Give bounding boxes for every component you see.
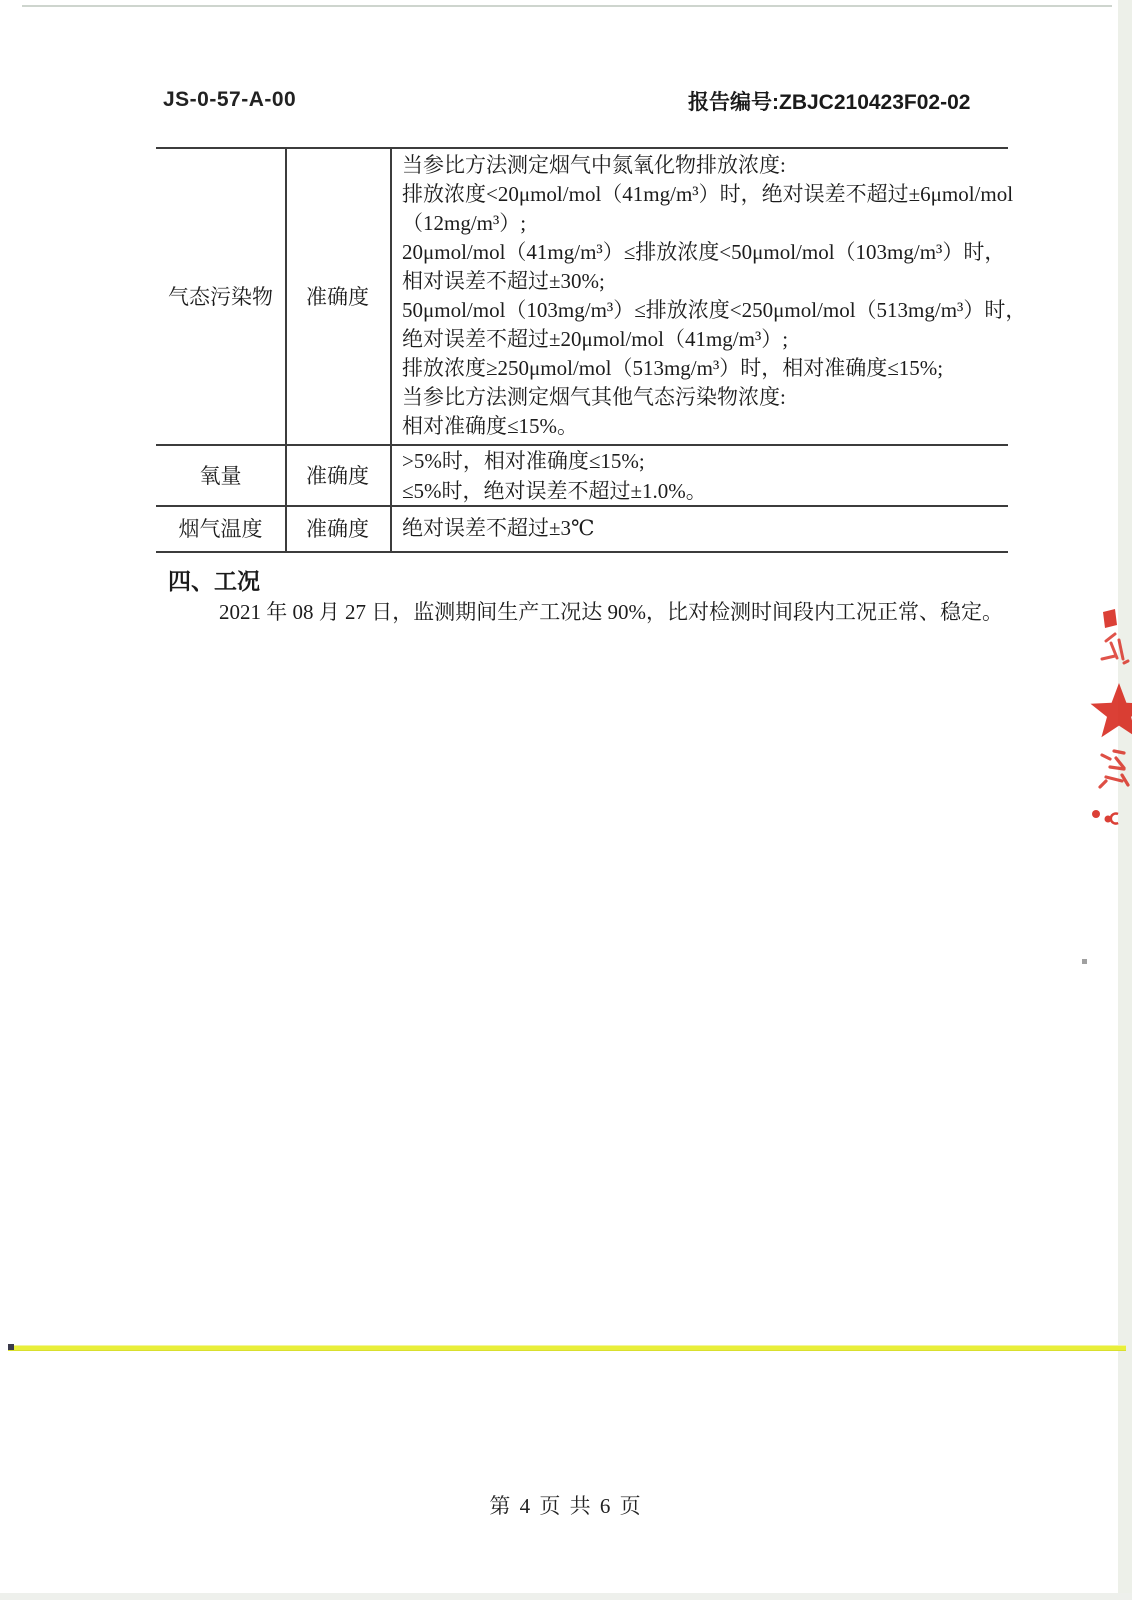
table-cell-item-name: 气态污染物 [156,147,285,444]
table-cell-metric: 准确度 [285,505,390,551]
table-cell-criteria: >5%时，相对准确度≤15%; ≤5%时，绝对误差不超过±1.0%。 [402,447,1002,506]
criteria-line: 20μmol/mol（41mg/m³）≤排放浓度<50μmol/mol（103m… [402,238,1002,267]
scanned-report-page: JS-0-57-A-00 报告编号:ZBJC210423F02-02 气态污染物… [0,0,1132,1600]
criteria-line: 相对准确度≤15%。 [402,412,1002,441]
criteria-line: 相对误差不超过±30%; [402,267,1002,296]
criteria-table: 气态污染物 准确度 当参比方法测定烟气中氮氧化物排放浓度: 排放浓度<20μmo… [156,147,1008,553]
header-doc-code: JS-0-57-A-00 [163,88,296,112]
criteria-line: >5%时，相对准确度≤15%; [402,447,1002,477]
table-cell-item-name: 氧量 [156,444,285,505]
table-cell-metric: 准确度 [285,444,390,505]
yellow-line-end-mark [8,1344,14,1350]
table-cell-criteria: 当参比方法测定烟气中氮氧化物排放浓度: 排放浓度<20μmol/mol（41mg… [402,151,1002,441]
section-title: 四、工况 [168,563,260,596]
criteria-line: 当参比方法测定烟气中氮氧化物排放浓度: [402,151,1002,180]
criteria-line: 50μmol/mol（103mg/m³）≤排放浓度<250μmol/mol（51… [402,296,1002,325]
section-paragraph: 2021 年 08 月 27 日，监测期间生产工况达 90%，比对检测时间段内工… [219,597,1009,627]
official-seal-stamp-icon [1086,583,1132,828]
yellow-highlight-line [8,1345,1126,1351]
page-footer: 第 4 页 共 6 页 [0,1490,1132,1520]
table-column-divider [390,147,392,553]
scan-edge-bottom-strip [0,1593,1132,1600]
criteria-line: 绝对误差不超过±20μmol/mol（41mg/m³）; [402,325,1002,354]
criteria-line: 排放浓度≥250μmol/mol（513mg/m³）时，相对准确度≤15%; [402,354,1002,383]
table-cell-metric: 准确度 [285,147,390,444]
table-cell-item-name: 烟气温度 [156,505,285,551]
criteria-line: （12mg/m³）; [402,209,1002,238]
table-cell-criteria: 绝对误差不超过±3℃ [402,505,1002,551]
criteria-line: 绝对误差不超过±3℃ [402,514,595,543]
criteria-line: 当参比方法测定烟气其他气态污染物浓度: [402,383,1002,412]
criteria-line: 排放浓度<20μmol/mol（41mg/m³）时，绝对误差不超过±6μmol/… [402,180,1002,209]
table-border-bottom [156,551,1008,553]
scan-artifact-dot [1082,959,1087,964]
criteria-line: ≤5%时，绝对误差不超过±1.0%。 [402,477,1002,507]
header-report-number: 报告编号:ZBJC210423F02-02 [688,86,970,116]
scan-edge-top-line [22,5,1112,7]
